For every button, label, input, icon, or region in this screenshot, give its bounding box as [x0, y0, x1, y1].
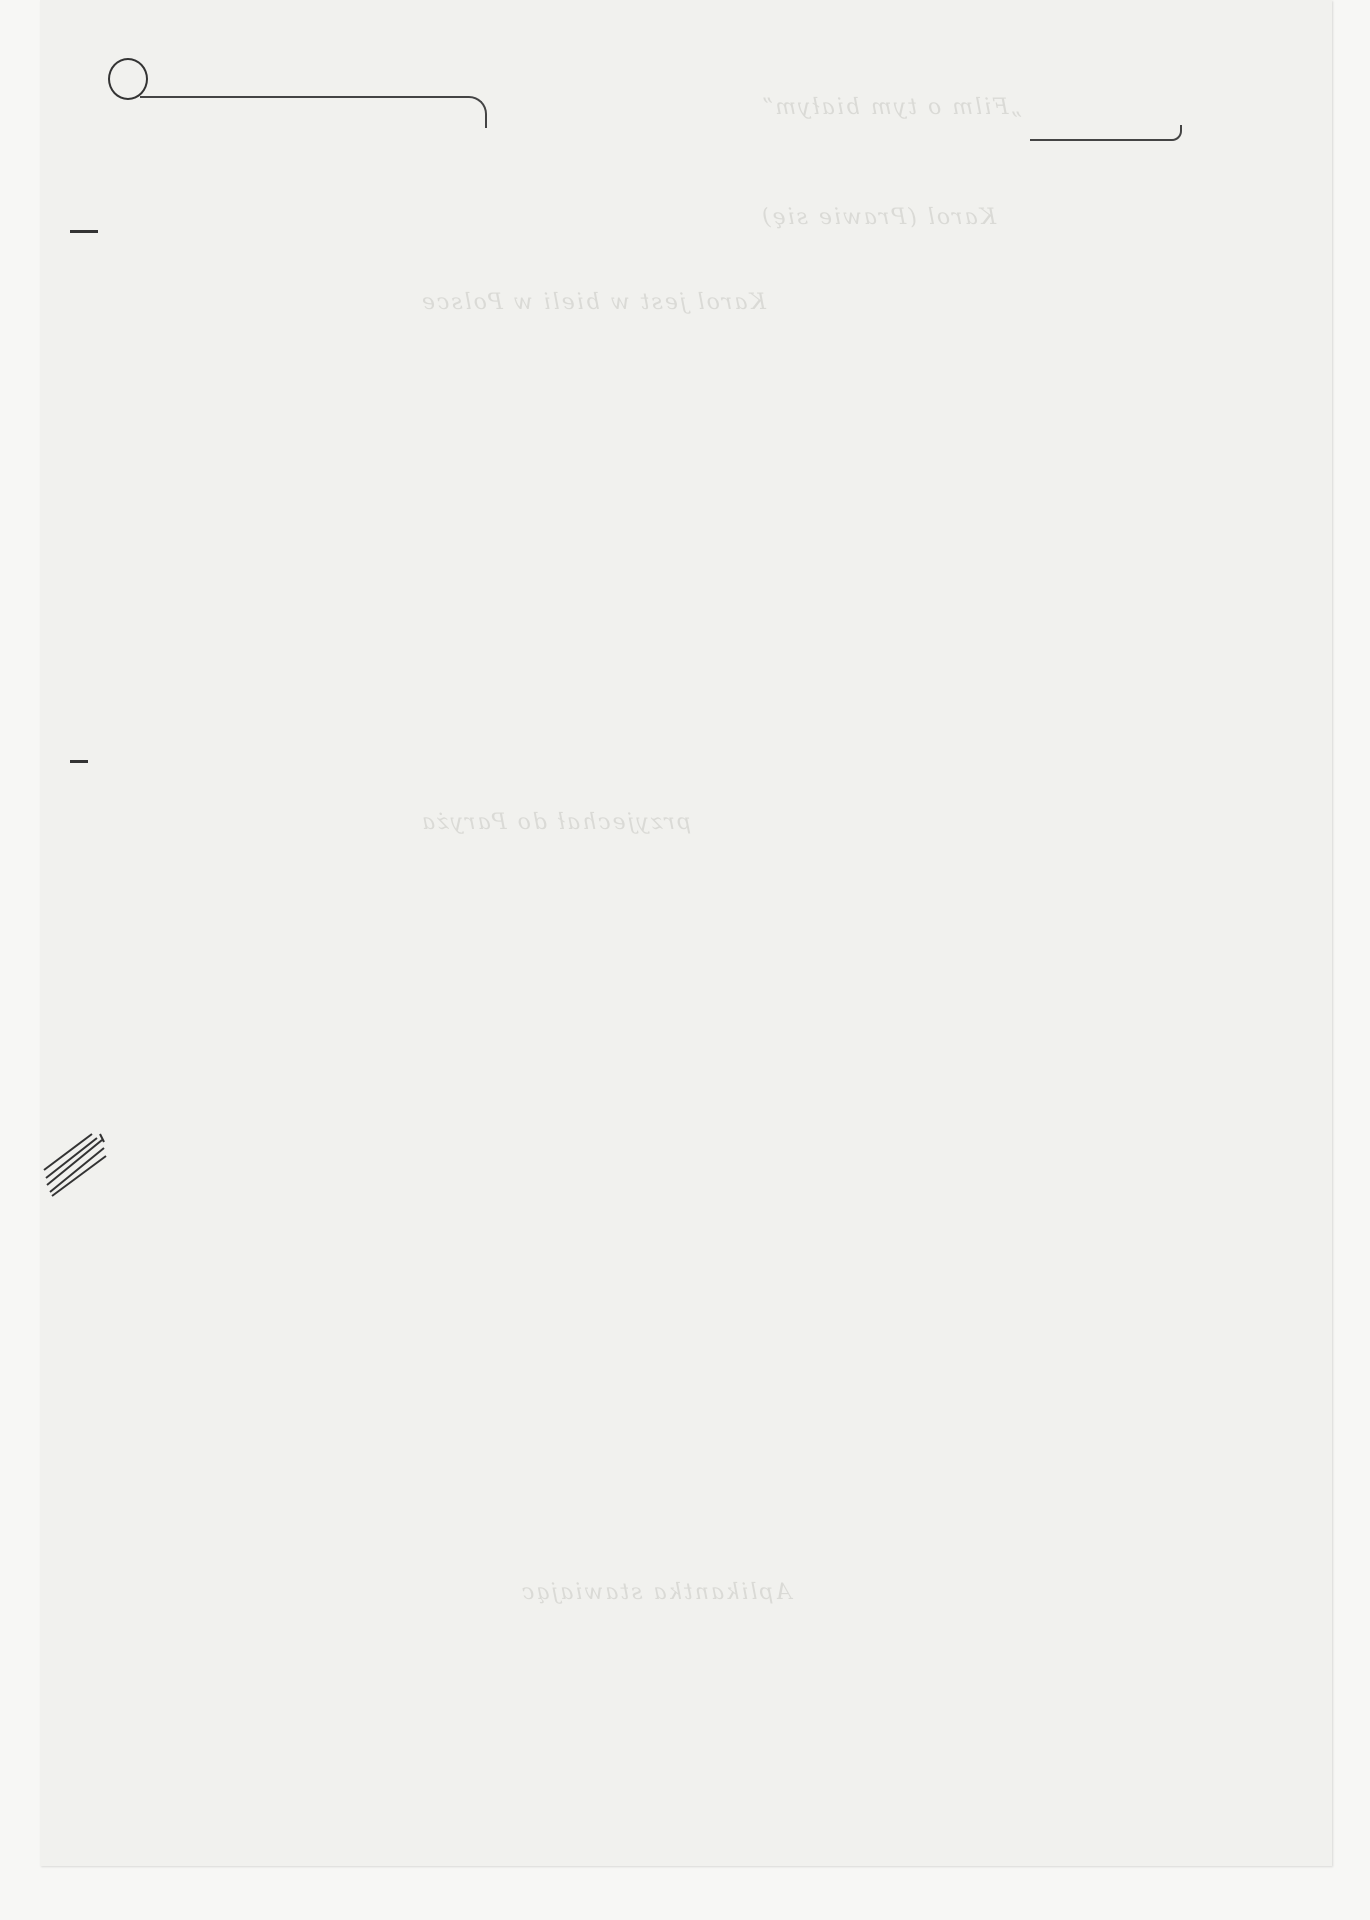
- insertion-brace: [140, 96, 487, 128]
- bleed-through-text: przyjechał do Paryża: [420, 810, 691, 835]
- paragraph-dash: [70, 230, 98, 233]
- bleed-through-text: Karol (Prawie się): [760, 205, 996, 230]
- margin-scribble-icon: [42, 1130, 112, 1200]
- bleed-through-text: Karol jest w bieli w Polsce: [420, 290, 766, 315]
- bleed-through-text: Aplikantka stawiając: [520, 1580, 791, 1605]
- paragraph-dash: [70, 760, 88, 763]
- circled-number: [108, 58, 148, 100]
- insertion-mark: [1030, 125, 1182, 141]
- bleed-through-text: „Film o tym białym”: [760, 95, 1022, 120]
